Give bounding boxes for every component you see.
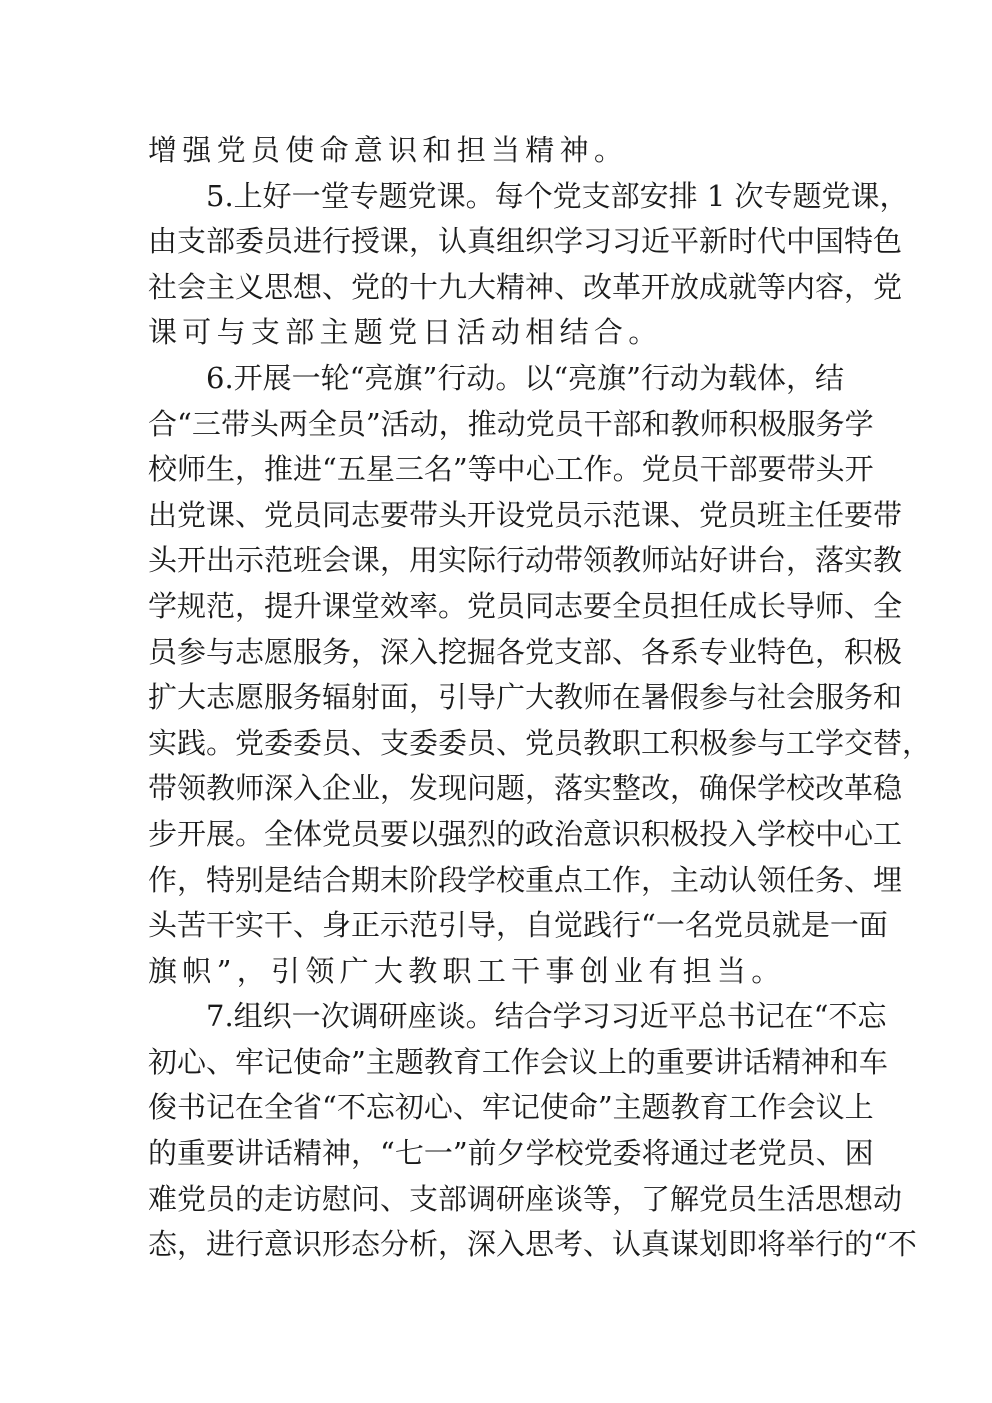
paragraph-tail: 增强党员使命意识和担当精神。 <box>148 128 844 174</box>
text-line: 员参与志愿服务，深入挖掘各党支部、各系专业特色，积极 <box>148 630 844 676</box>
document-page: 增强党员使命意识和担当精神。 5.上好一堂专题党课。每个党支部安排 1 次专题党… <box>148 128 844 1268</box>
paragraph-item-7: 7.组织一次调研座谈。结合学习习近平总书记在“不忘 初心、牢记使命”主题教育工作… <box>148 994 844 1268</box>
text-line: 出党课、党员同志要带头开设党员示范课、党员班主任要带 <box>148 493 844 539</box>
text-line: 实践。党委委员、支委委员、党员教职工积极参与工学交替， <box>148 721 844 767</box>
text-line: 校师生，推进“五星三名”等中心工作。党员干部要带头开 <box>148 447 844 493</box>
text-line: 扩大志愿服务辐射面，引导广大教师在暑假参与社会服务和 <box>148 675 844 721</box>
text-line: 旗帜”，引领广大教职工干事创业有担当。 <box>148 949 844 995</box>
text-line: 初心、牢记使命”主题教育工作会议上的重要讲话精神和车 <box>148 1040 844 1086</box>
text-line: 难党员的走访慰问、支部调研座谈等，了解党员生活思想动 <box>148 1177 844 1223</box>
text-line: 带领教师深入企业，发现问题，落实整改，确保学校改革稳 <box>148 766 844 812</box>
text-line: 态，进行意识形态分析，深入思考、认真谋划即将举行的“不 <box>148 1222 844 1268</box>
text-line: 学规范，提升课堂效率。党员同志要全员担任成长导师、全 <box>148 584 844 630</box>
paragraph-item-6: 6.开展一轮“亮旗”行动。以“亮旗”行动为载体，结 合“三带头两全员”活动，推动… <box>148 356 844 994</box>
text-line: 头苦干实干、身正示范引导，自觉践行“一名党员就是一面 <box>148 903 844 949</box>
text-line: 的重要讲话精神，“七一”前夕学校党委将通过老党员、困 <box>148 1131 844 1177</box>
paragraph-item-5: 5.上好一堂专题党课。每个党支部安排 1 次专题党课， 由支部委员进行授课，认真… <box>148 174 844 356</box>
text-line: 俊书记在全省“不忘初心、牢记使命”主题教育工作会议上 <box>148 1085 844 1131</box>
text-line: 7.组织一次调研座谈。结合学习习近平总书记在“不忘 <box>148 994 844 1040</box>
text-line: 合“三带头两全员”活动，推动党员干部和教师积极服务学 <box>148 402 844 448</box>
text-line: 头开出示范班会课，用实际行动带领教师站好讲台，落实教 <box>148 538 844 584</box>
text-line: 课可与支部主题党日活动相结合。 <box>148 310 844 356</box>
text-line: 5.上好一堂专题党课。每个党支部安排 1 次专题党课， <box>148 174 844 220</box>
text-line: 6.开展一轮“亮旗”行动。以“亮旗”行动为载体，结 <box>148 356 844 402</box>
text-line: 作，特别是结合期末阶段学校重点工作，主动认领任务、埋 <box>148 858 844 904</box>
text-line: 步开展。全体党员要以强烈的政治意识积极投入学校中心工 <box>148 812 844 858</box>
text-line: 增强党员使命意识和担当精神。 <box>148 128 844 174</box>
text-line: 社会主义思想、党的十九大精神、改革开放成就等内容，党 <box>148 265 844 311</box>
text-line: 由支部委员进行授课，认真组织学习习近平新时代中国特色 <box>148 219 844 265</box>
